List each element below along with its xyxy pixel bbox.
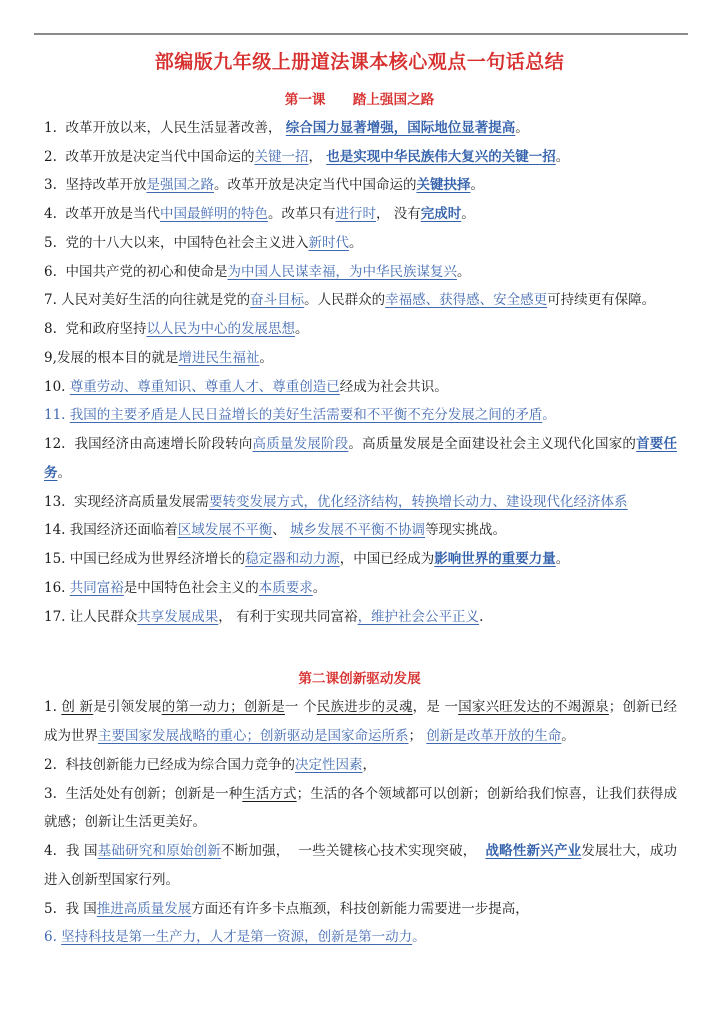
plain-text: 。 — [58, 465, 72, 481]
link-text: 共同富裕 — [70, 580, 124, 596]
plain-text: 4. 我 国 — [44, 843, 98, 859]
link-text: 高质量发展阶段 — [253, 436, 349, 452]
link-text: 主要国家发展战略的重心；创新驱动是国家命运所系 — [98, 728, 409, 744]
link-text: 共享发展成果 — [137, 609, 218, 625]
plain-text: 15. 中国已经成为世界经济增长的 — [44, 551, 245, 567]
plain-text: 。 — [295, 321, 309, 337]
link-text: 进行时 — [335, 206, 376, 222]
link-text: 推进高质量发展 — [97, 901, 192, 917]
plain-text: ， 有利于实现共同富裕 — [218, 609, 357, 625]
list-item: 16. 共同富裕是中国特色社会主义的本质要求。 — [44, 574, 677, 603]
plain-text: 。 — [556, 551, 570, 567]
plain-text: 2. 科技创新能力已经成为综合国力竞争的 — [44, 757, 295, 773]
list-item: 14. 我国经济还面临着区域发展不平衡、 城乡发展不平衡不协调等现实挑战。 — [44, 516, 677, 545]
plain-text: 。 — [470, 177, 484, 193]
plain-text: ，是 一 — [413, 699, 459, 715]
link-text: 关键一招 — [254, 149, 308, 165]
link-text: 幸福感、获得感、安全感更 — [385, 292, 547, 308]
plain-text: 。改革只有 — [268, 206, 336, 222]
link-text: 为中国人民谋幸福，为中华民族谋复兴 — [227, 264, 457, 280]
plain-text: 。 — [556, 149, 570, 165]
link-text: 本质要求 — [259, 580, 313, 596]
plain-text: 一 个 — [285, 699, 317, 715]
plain-text: 4. 改革开放是当代 — [44, 206, 160, 222]
underlined-text: 创 新 — [61, 699, 93, 715]
list-item: 9,发展的根本目的就是增进民生福祉。 — [44, 344, 677, 373]
underlined-text: 国家兴旺发达的不竭源泉 — [458, 699, 609, 715]
link-text: 决定性因素 — [295, 757, 363, 773]
section-heading: 第二课创新驱动发展 — [40, 667, 679, 687]
link-text: 奋斗目标 — [250, 292, 304, 308]
link-text-bold: 影响世界的重要力量 — [434, 551, 556, 567]
plain-text: 。 — [259, 350, 273, 366]
blue-text: 11. — [44, 407, 70, 423]
plain-text: 。高质量发展是全面建设社会主义现代化国家的 — [348, 436, 636, 452]
link-text: 创新是改革开放的生命 — [426, 728, 561, 744]
plain-text: 17. 让人民群众 — [44, 609, 137, 625]
plain-text: 1. — [44, 699, 61, 715]
plain-text: 不断加强， 一些关键核心技术实现突破， — [221, 843, 485, 859]
plain-text: 5. 我 国 — [44, 901, 97, 917]
plain-text: ； — [409, 728, 427, 744]
plain-text: ， 没有 — [376, 206, 421, 222]
list-item: 6. 中国共产党的初心和使命是为中国人民谋幸福，为中华民族谋复兴。 — [44, 258, 677, 287]
plain-text: 10. — [44, 379, 70, 395]
blue-text: 。 — [542, 407, 556, 423]
list-item: 11. 我国的主要矛盾是人民日益增长的美好生活需要和不平衡不充分发展之间的矛盾。 — [44, 401, 677, 430]
list-item: 3. 生活处处有创新；创新是一种生活方式；生活的各个领域都可以创新；创新给我们惊… — [44, 780, 677, 838]
plain-text: 1. 改革开放以来，人民生活显著改善， — [44, 120, 286, 136]
list-item: 6. 坚持科技是第一生产力，人才是第一资源，创新是第一动力。 — [44, 923, 677, 952]
blue-text: 6. — [44, 929, 61, 945]
list-item: 7. 人民对美好生活的向往就是党的奋斗目标。人民群众的幸福感、获得感、安全感更可… — [44, 286, 677, 315]
list-item: 3. 坚持改革开放是强国之路。改革开放是决定当代中国命运的关键抉择。 — [44, 171, 677, 200]
plain-text: 。 — [457, 264, 471, 280]
link-text: 是强国之路 — [146, 177, 214, 193]
link-text-bold: 完成时 — [421, 206, 462, 222]
plain-text: 3. 生活处处有创新；创新是一种 — [44, 786, 242, 802]
link-text: 坚持科技是第一生产力，人才是第一资源，创新是第一动力 — [61, 929, 412, 945]
link-text: 我国的主要矛盾是人民日益增长的美好生活需要和不平衡不充分发展之间的矛盾 — [70, 407, 543, 423]
list-item: 2. 改革开放是决定当代中国命运的关键一招， 也是实现中华民族伟大复兴的关键一招… — [44, 143, 677, 172]
list-item: 4. 我 国基础研究和原始创新不断加强， 一些关键核心技术实现突破， 战略性新兴… — [44, 837, 677, 895]
link-text-bold: 战略性新兴产业 — [485, 843, 581, 859]
link-text: 要转变发展方式，优化经济结构，转换增长动力、建设现代化经济体系 — [209, 494, 628, 510]
link-text-bold: 关键抉择 — [416, 177, 470, 193]
link-text: 中国最鲜明的特色 — [160, 206, 268, 222]
plain-text: 7. 人民对美好生活的向往就是党的 — [44, 292, 250, 308]
link-text: 基础研究和原始创新 — [98, 843, 221, 859]
plain-text: 。改革开放是决定当代中国命运的 — [214, 177, 417, 193]
list-item: 1. 改革开放以来，人民生活显著改善， 综合国力显著增强，国际地位显著提高。 — [44, 114, 677, 143]
list-item: 5. 我 国推进高质量发展方面还有许多卡点瓶颈，科技创新能力需要进一步提高， — [44, 895, 677, 924]
plain-text: 16. — [44, 580, 70, 596]
plain-text: ， — [308, 149, 326, 165]
link-text-bold: 也是实现中华民族伟大复兴的关键一招 — [326, 149, 556, 165]
plain-text: 是引领发展 — [93, 699, 161, 715]
list-item: 4. 改革开放是当代中国最鲜明的特色。改革只有进行时， 没有完成时。 — [44, 200, 677, 229]
link-text-bold: 综合国力显著增强，国际地位显著提高 — [286, 120, 516, 136]
plain-text: . — [479, 609, 483, 625]
list-item: 15. 中国已经成为世界经济增长的稳定器和动力源，中国已经成为影响世界的重要力量… — [44, 545, 677, 574]
plain-text: 。 — [461, 206, 475, 222]
section-heading: 第一课 踏上强国之路 — [40, 88, 679, 108]
plain-text: 方面还有许多卡点瓶颈，科技创新能力需要进一步提高， — [191, 901, 529, 917]
plain-text: ， — [362, 757, 376, 773]
plain-text: 。 — [515, 120, 529, 136]
plain-text: 。人民群众的 — [304, 292, 385, 308]
plain-text: 。 — [349, 235, 363, 251]
plain-text: 13. 实现经济高质量发展需 — [44, 494, 209, 510]
plain-text: ，中国已经成为 — [340, 551, 435, 567]
list-item: 10. 尊重劳动、尊重知识、尊重人才、尊重创造已经成为社会共识。 — [44, 373, 677, 402]
plain-text: 3. 坚持改革开放 — [44, 177, 146, 193]
list-item: 2. 科技创新能力已经成为综合国力竞争的决定性因素， — [44, 751, 677, 780]
document-title: 部编版九年级上册道法课本核心观点一句话总结 — [40, 51, 679, 74]
document-body: 第一课 踏上强国之路1. 改革开放以来，人民生活显著改善， 综合国力显著增强，国… — [0, 88, 719, 952]
plain-text: 等现实挑战。 — [425, 522, 506, 538]
plain-text: 2. 改革开放是决定当代中国命运的 — [44, 149, 254, 165]
link-text: 尊重劳动、尊重知识、尊重人才、尊重创造已 — [70, 379, 340, 395]
plain-text: 经成为社会共识。 — [340, 379, 448, 395]
plain-text: 12. 我国经济由高速增长阶段转向 — [44, 436, 253, 452]
plain-text: 是中国特色社会主义的 — [124, 580, 259, 596]
page-top-border — [34, 33, 688, 35]
list-item: 17. 让人民群众共享发展成果， 有利于实现共同富裕，维护社会公平正义. — [44, 603, 677, 632]
plain-text: 8. 党和政府坚持 — [44, 321, 146, 337]
plain-text: 可持续更有保障。 — [547, 292, 655, 308]
link-text: ，维护社会公平正义 — [358, 609, 480, 625]
plain-text: 。 — [561, 728, 575, 744]
link-text: 稳定器和动力源 — [245, 551, 340, 567]
plain-text: 、 — [272, 522, 290, 538]
plain-text: 6. 中国共产党的初心和使命是 — [44, 264, 227, 280]
link-text: 区域发展不平衡 — [178, 522, 273, 538]
plain-text: 5. 党的十八大以来，中国特色社会主义进入 — [44, 235, 308, 251]
list-item: 1. 创 新是引领发展的第一动力；创新是一 个民族进步的灵魂，是 一国家兴旺发达… — [44, 693, 677, 751]
plain-text: 。 — [313, 580, 327, 596]
underlined-text: 民族进步的灵魂 — [317, 699, 413, 715]
link-text: 以人民为中心的发展思想 — [146, 321, 295, 337]
document-page: 部编版九年级上册道法课本核心观点一句话总结 第一课 踏上强国之路1. 改革开放以… — [0, 0, 719, 1024]
blue-text: 。 — [412, 929, 426, 945]
plain-text: 14. 我国经济还面临着 — [44, 522, 178, 538]
underlined-text: 生活方式 — [242, 786, 296, 802]
list-item: 12. 我国经济由高速增长阶段转向高质量发展阶段。高质量发展是全面建设社会主义现… — [44, 430, 677, 488]
list-item: 8. 党和政府坚持以人民为中心的发展思想。 — [44, 315, 677, 344]
list-item: 13. 实现经济高质量发展需要转变发展方式，优化经济结构，转换增长动力、建设现代… — [44, 488, 677, 517]
link-text: 城乡发展不平衡不协调 — [290, 522, 425, 538]
link-text: 增进民生福祉 — [178, 350, 259, 366]
underlined-text: 的第一动力；创新是 — [162, 699, 285, 715]
link-text: 新时代 — [308, 235, 349, 251]
list-item: 5. 党的十八大以来，中国特色社会主义进入新时代。 — [44, 229, 677, 258]
plain-text: 9,发展的根本目的就是 — [44, 350, 178, 366]
